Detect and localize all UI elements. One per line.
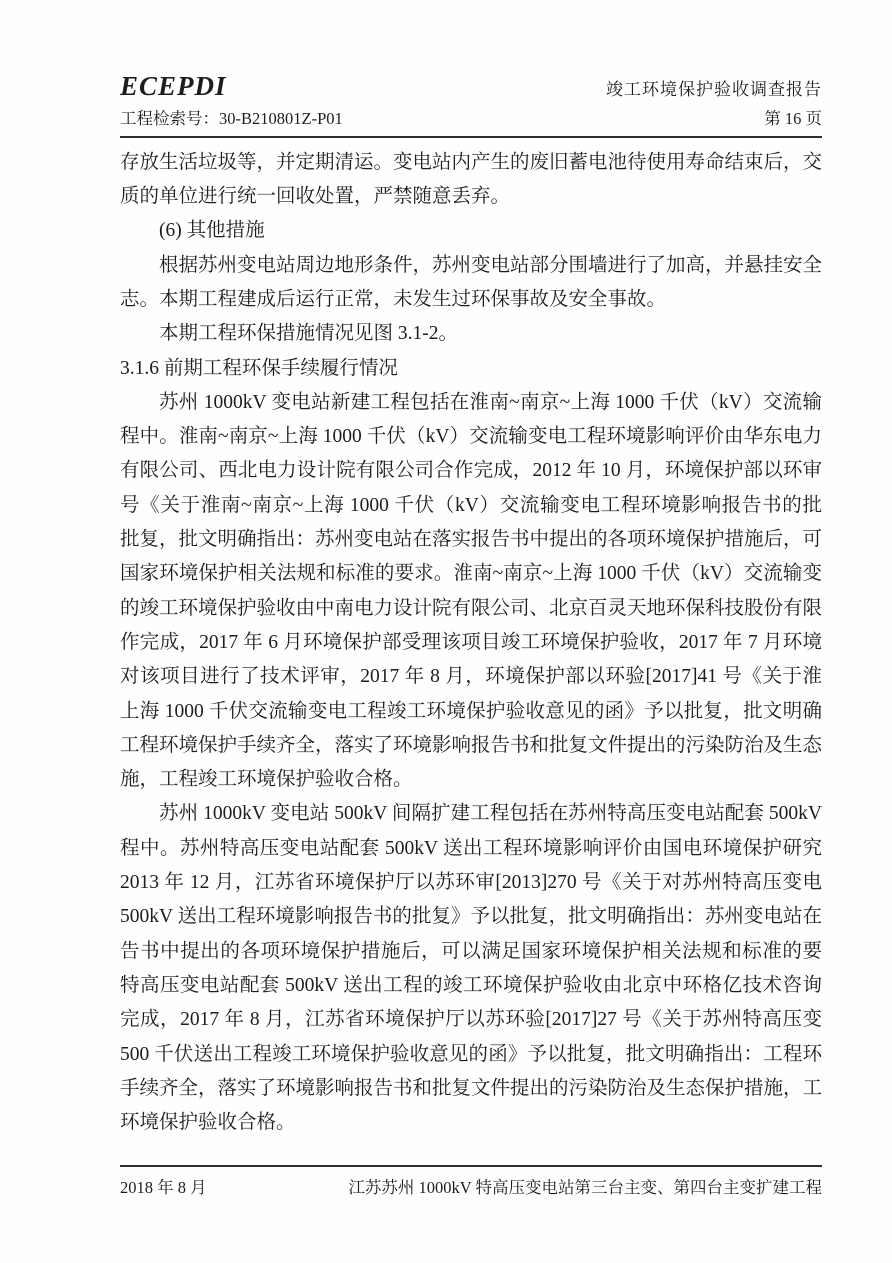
- page-header-meta: 工程检索号：30-B210801Z-P01 第 16 页: [120, 109, 822, 129]
- body-line: 环境保护验收合格。: [120, 1106, 822, 1140]
- body-line: 特高压变电站配套 500kV 送出工程的竣工环境保护验收由北京中环格亿技术咨询有…: [120, 969, 822, 1003]
- body-line: 告书中提出的各项环境保护措施后，可以满足国家环境保护相关法规和标准的要求。苏州: [120, 935, 822, 969]
- footer-project-name: 江苏苏州 1000kV 特高压变电站第三台主变、第四台主变扩建工程: [348, 1177, 822, 1198]
- project-index-number: 工程检索号：30-B210801Z-P01: [120, 109, 343, 129]
- body-line: 有限公司、西北电力设计院有限公司合作完成，2012 年 10 月，环境保护部以环…: [120, 454, 822, 488]
- body-line: 号《关于淮南~南京~上海 1000 千伏（kV）交流输变电工程环境影响报告书的批…: [120, 489, 822, 523]
- body-line: 苏州 1000kV 变电站 500kV 间隔扩建工程包括在苏州特高压变电站配套 …: [120, 797, 822, 831]
- body-lines: 存放生活垃圾等，并定期清运。变电站内产生的废旧蓄电池待使用寿命结束后，交由有资质…: [120, 146, 822, 1141]
- document-page: ECEPDI 竣工环境保护验收调查报告 工程检索号：30-B210801Z-P0…: [0, 0, 892, 1263]
- body-line: 的竣工环境保护验收由中南电力设计院有限公司、北京百灵天地环保科技股份有限公司合: [120, 592, 822, 626]
- body-line: 手续齐全，落实了环境影响报告书和批复文件提出的污染防治及生态保护措施，工程竣工: [120, 1072, 822, 1106]
- body-line: 500kV 送出工程环境影响报告书的批复》予以批复，批文明确指出：苏州变电站在落…: [120, 900, 822, 934]
- report-title: 竣工环境保护验收调查报告: [606, 80, 822, 100]
- footer-divider: [120, 1165, 822, 1167]
- body-line: (6) 其他措施: [120, 214, 822, 248]
- body-line: 根据苏州变电站周边地形条件，苏州变电站部分围墙进行了加高，并悬挂安全警示标: [120, 249, 822, 283]
- body-line: 志。本期工程建成后运行正常，未发生过环保事故及安全事故。: [120, 283, 822, 317]
- body-line: 本期工程环保措施情况见图 3.1-2。: [120, 317, 822, 351]
- body-line: 2013 年 12 月，江苏省环境保护厅以苏环审[2013]270 号《关于对苏…: [120, 866, 822, 900]
- body-line: 工程环境保护手续齐全，落实了环境影响报告书和批复文件提出的污染防治及生态保护措: [120, 729, 822, 763]
- company-logo: ECEPDI: [120, 73, 227, 100]
- body-line: 批复，批文明确指出：苏州变电站在落实报告书中提出的各项环境保护措施后，可以满足: [120, 523, 822, 557]
- body-line: 程中。淮南~南京~上海 1000 千伏（kV）交流输变电工程环境影响评价由华东电…: [120, 420, 822, 454]
- body-line: 程中。苏州特高压变电站配套 500kV 送出工程环境影响评价由国电环境保护研究院…: [120, 832, 822, 866]
- page-number: 第 16 页: [764, 109, 822, 129]
- header-divider: [120, 136, 822, 138]
- page-header: ECEPDI 竣工环境保护验收调查报告: [120, 0, 822, 100]
- body-line: 上海 1000 千伏交流输变电工程竣工环境保护验收意见的函》予以批复，批文明确指…: [120, 695, 822, 729]
- footer-date: 2018 年 8 月: [120, 1177, 207, 1198]
- body-line: 苏州 1000kV 变电站新建工程包括在淮南~南京~上海 1000 千伏（kV）…: [120, 386, 822, 420]
- body-line: 作完成，2017 年 6 月环境保护部受理该项目竣工环境保护验收，2017 年 …: [120, 626, 822, 660]
- body-line: 3.1.6 前期工程环保手续履行情况: [120, 352, 822, 386]
- body-line: 完成，2017 年 8 月，江苏省环境保护厅以苏环验[2017]27 号《关于苏…: [120, 1003, 822, 1037]
- body-line: 质的单位进行统一回收处置，严禁随意丢弃。: [120, 180, 822, 214]
- body-line: 施，工程竣工环境保护验收合格。: [120, 763, 822, 797]
- body-line: 对该项目进行了技术评审，2017 年 8 月，环境保护部以环验[2017]41 …: [120, 660, 822, 694]
- body-line: 国家环境保护相关法规和标准的要求。淮南~南京~上海 1000 千伏（kV）交流输…: [120, 557, 822, 591]
- body-line: 500 千伏送出工程竣工环境保护验收意见的函》予以批复，批文明确指出：工程环境保…: [120, 1038, 822, 1072]
- body-line: 存放生活垃圾等，并定期清运。变电站内产生的废旧蓄电池待使用寿命结束后，交由有资: [120, 146, 822, 180]
- page-footer: 2018 年 8 月 江苏苏州 1000kV 特高压变电站第三台主变、第四台主变…: [120, 1165, 822, 1198]
